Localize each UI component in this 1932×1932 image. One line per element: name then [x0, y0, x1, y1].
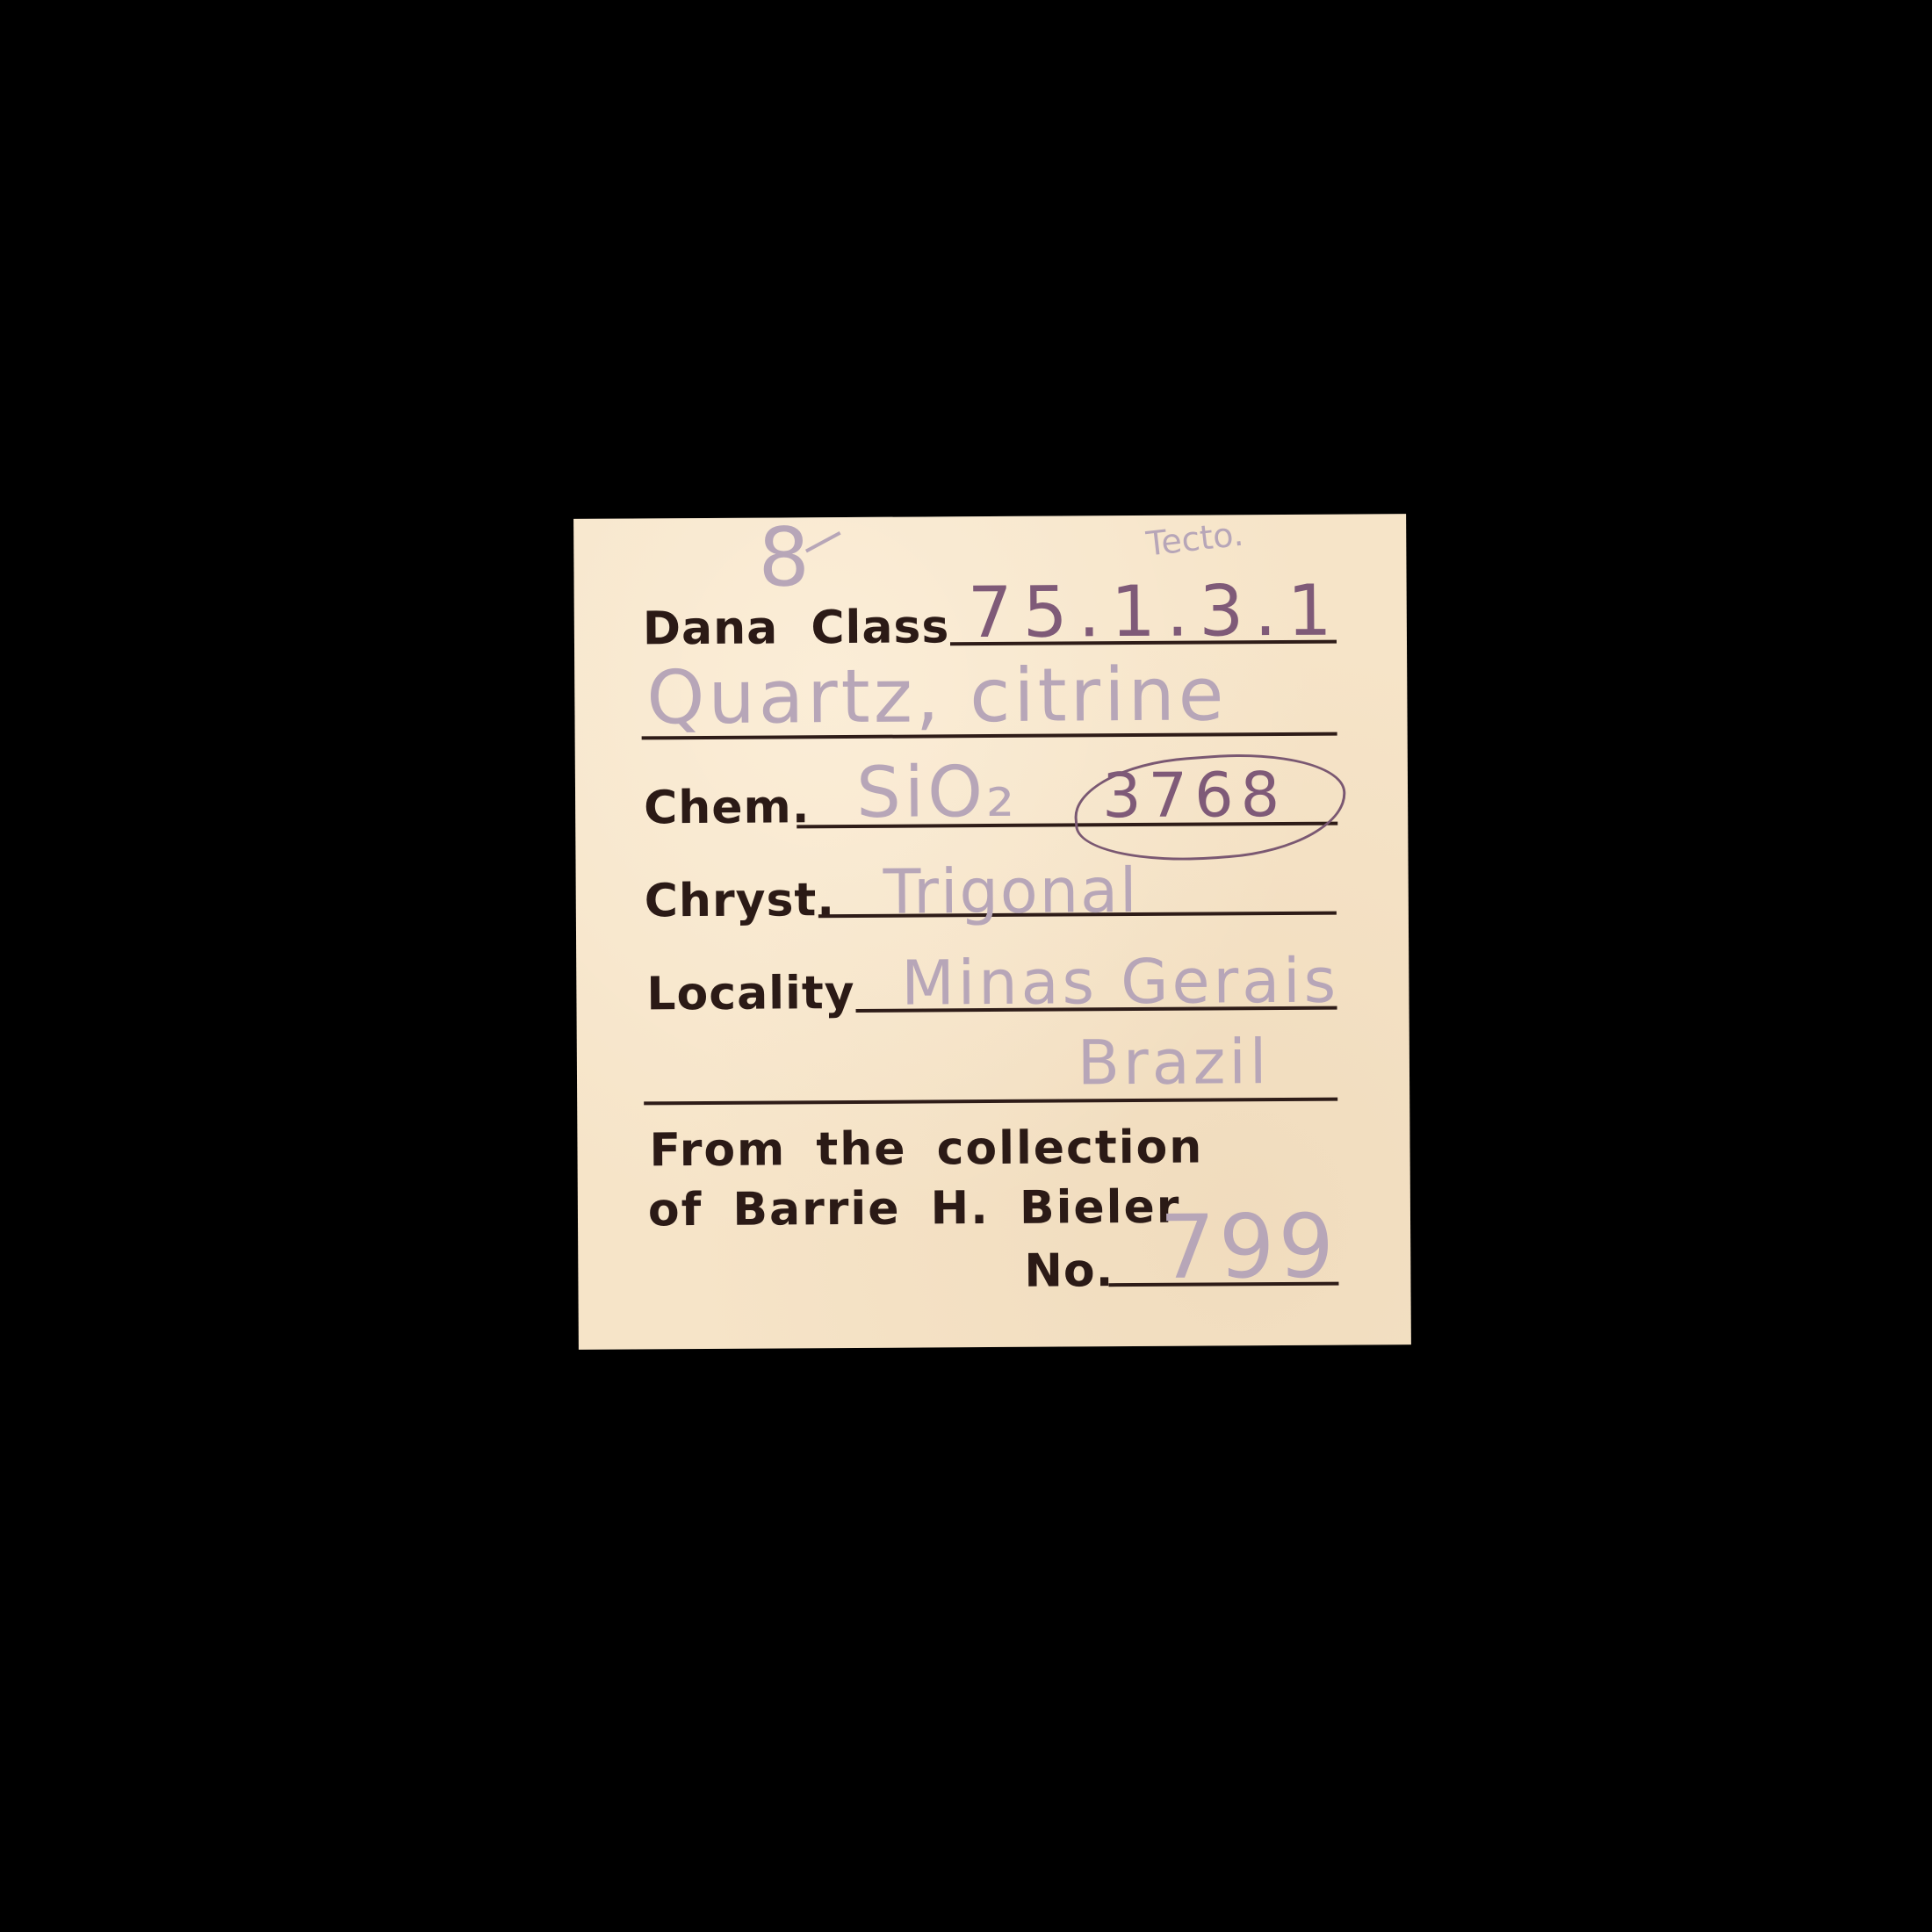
locality-label: Locality	[646, 970, 855, 1017]
chem-formula-value: SiO₂	[856, 757, 1019, 828]
number-value: 799	[1159, 1203, 1337, 1292]
chem-label: Chem.	[644, 784, 811, 831]
locality-value-line1: Minas Gerais	[901, 950, 1339, 1014]
locality-second-rule	[644, 1098, 1337, 1106]
collection-line-1: From the collection	[649, 1125, 1203, 1174]
chryst-label: Chryst.	[645, 877, 836, 924]
dana-class-label: Dana Class	[643, 604, 950, 652]
species-value: Quartz, citrine	[646, 657, 1228, 734]
locality-value-line2: Brazil	[1078, 1031, 1271, 1093]
top-left-pencil-dash	[805, 531, 841, 552]
top-right-pencil-note: Tecto.	[1145, 517, 1245, 561]
black-background: 8 Tecto. Dana Class 75.1.3.1 Quartz, cit…	[0, 0, 1932, 1932]
top-left-pencil-mark: 8	[758, 517, 810, 598]
number-label: No.	[1024, 1248, 1114, 1294]
dana-class-value: 75.1.3.1	[968, 576, 1343, 649]
collection-line-2: of Barrie H. Bieler	[648, 1185, 1181, 1234]
circled-number: 3768	[1102, 764, 1287, 826]
chryst-value: Trigonal	[883, 860, 1139, 923]
specimen-label-card: 8 Tecto. Dana Class 75.1.3.1 Quartz, cit…	[573, 514, 1411, 1350]
